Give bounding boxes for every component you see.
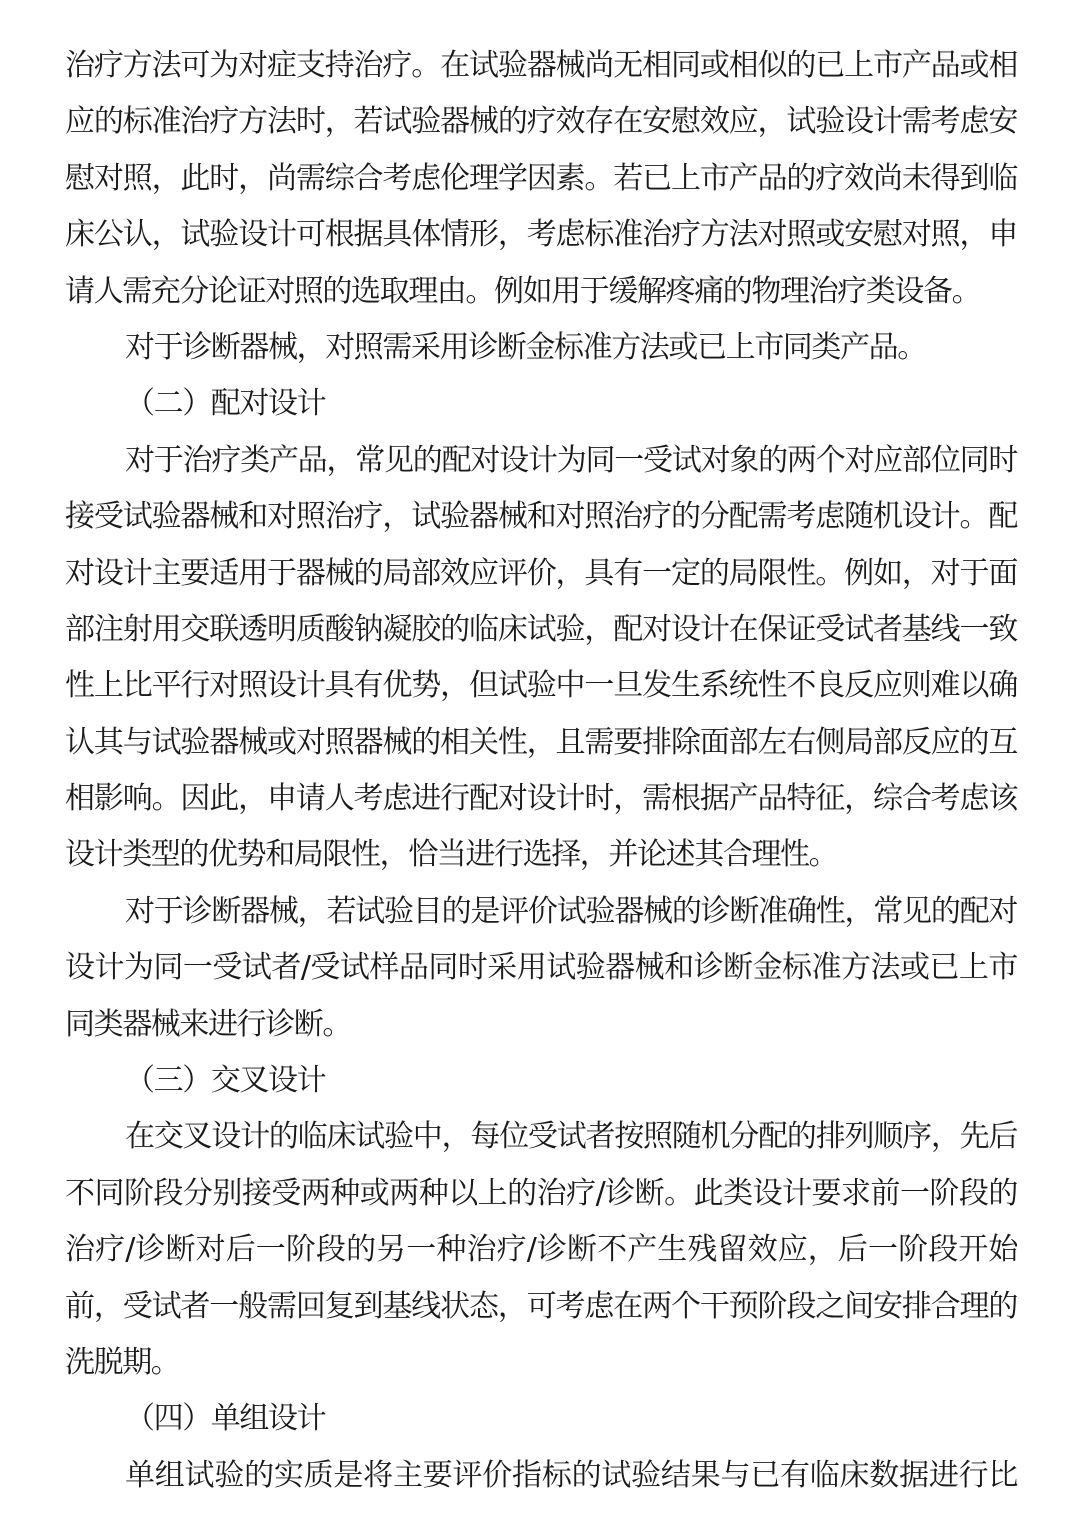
section-heading-single-arm-design: （四）单组设计 (65, 1391, 1017, 1447)
text-line: 治疗方法可为对症支持治疗。在试验器械尚无相同或相似的已上市产品或相 (65, 38, 1017, 94)
text-line: 单组试验的实质是将主要评价指标的试验结果与已有临床数据进行比 (65, 1448, 1017, 1504)
text-line: 设计为同一受试者/受试样品同时采用试验器械和诊断金标准方法或已上市 (65, 940, 1017, 996)
text-line: 对设计主要适用于器械的局部效应评价，具有一定的局限性。例如，对于面 (65, 546, 1017, 602)
paragraph-control-therapy: 治疗方法可为对症支持治疗。在试验器械尚无相同或相似的已上市产品或相 应的标准治疗… (65, 38, 1017, 320)
paragraph-single-arm: 单组试验的实质是将主要评价指标的试验结果与已有临床数据进行比 (65, 1448, 1017, 1504)
text-line: 接受试验器械和对照治疗，试验器械和对照治疗的分配需考虑随机设计。配 (65, 489, 1017, 545)
paragraph-diagnostic-control: 对于诊断器械，对照需采用诊断金标准方法或已上市同类产品。 (65, 320, 1017, 376)
section-heading-crossover-design: （三）交叉设计 (65, 1053, 1017, 1109)
text-line: 床公认，试验设计可根据具体情形，考虑标准治疗方法对照或安慰对照，申 (65, 207, 1017, 263)
text-line: 请人需充分论证对照的选取理由。例如用于缓解疼痛的物理治疗类设备。 (65, 264, 1017, 320)
text-line: 性上比平行对照设计具有优势，但试验中一旦发生系统性不良反应则难以确 (65, 658, 1017, 714)
text-line: 不同阶段分别接受两种或两种以上的治疗/诊断。此类设计要求前一阶段的 (65, 1166, 1017, 1222)
text-line: 应的标准治疗方法时，若试验器械的疗效存在安慰效应，试验设计需考虑安 (65, 94, 1017, 150)
text-line: 设计类型的优势和局限性，恰当进行选择，并论述其合理性。 (65, 827, 1017, 883)
text-line: 治疗/诊断对后一阶段的另一种治疗/诊断不产生残留效应，后一阶段开始 (65, 1222, 1017, 1278)
paragraph-paired-therapy: 对于治疗类产品，常见的配对设计为同一受试对象的两个对应部位同时 接受试验器械和对… (65, 433, 1017, 884)
text-line: 对于诊断器械，对照需采用诊断金标准方法或已上市同类产品。 (65, 320, 1017, 376)
text-line: 认其与试验器械或对照器械的相关性，且需要排除面部左右侧局部反应的互 (65, 715, 1017, 771)
paragraph-paired-diagnostic: 对于诊断器械，若试验目的是评价试验器械的诊断准确性，常见的配对 设计为同一受试者… (65, 884, 1017, 1053)
text-line: 对于治疗类产品，常见的配对设计为同一受试对象的两个对应部位同时 (65, 433, 1017, 489)
section-heading-paired-design: （二）配对设计 (65, 376, 1017, 432)
document-page: 治疗方法可为对症支持治疗。在试验器械尚无相同或相似的已上市产品或相 应的标准治疗… (65, 38, 1017, 1504)
text-line: 同类器械来进行诊断。 (65, 997, 1017, 1053)
text-line: 前，受试者一般需回复到基线状态，可考虑在两个干预阶段之间安排合理的 (65, 1279, 1017, 1335)
text-line: 部注射用交联透明质酸钠凝胶的临床试验，配对设计在保证受试者基线一致 (65, 602, 1017, 658)
text-line: 在交叉设计的临床试验中，每位受试者按照随机分配的排列顺序，先后 (65, 1109, 1017, 1165)
text-line: 慰对照，此时，尚需综合考虑伦理学因素。若已上市产品的疗效尚未得到临 (65, 151, 1017, 207)
text-line: 相影响。因此，申请人考虑进行配对设计时，需根据产品特征，综合考虑该 (65, 771, 1017, 827)
paragraph-crossover: 在交叉设计的临床试验中，每位受试者按照随机分配的排列顺序，先后 不同阶段分别接受… (65, 1109, 1017, 1391)
text-line: 洗脱期。 (65, 1335, 1017, 1391)
text-line: 对于诊断器械，若试验目的是评价试验器械的诊断准确性，常见的配对 (65, 884, 1017, 940)
